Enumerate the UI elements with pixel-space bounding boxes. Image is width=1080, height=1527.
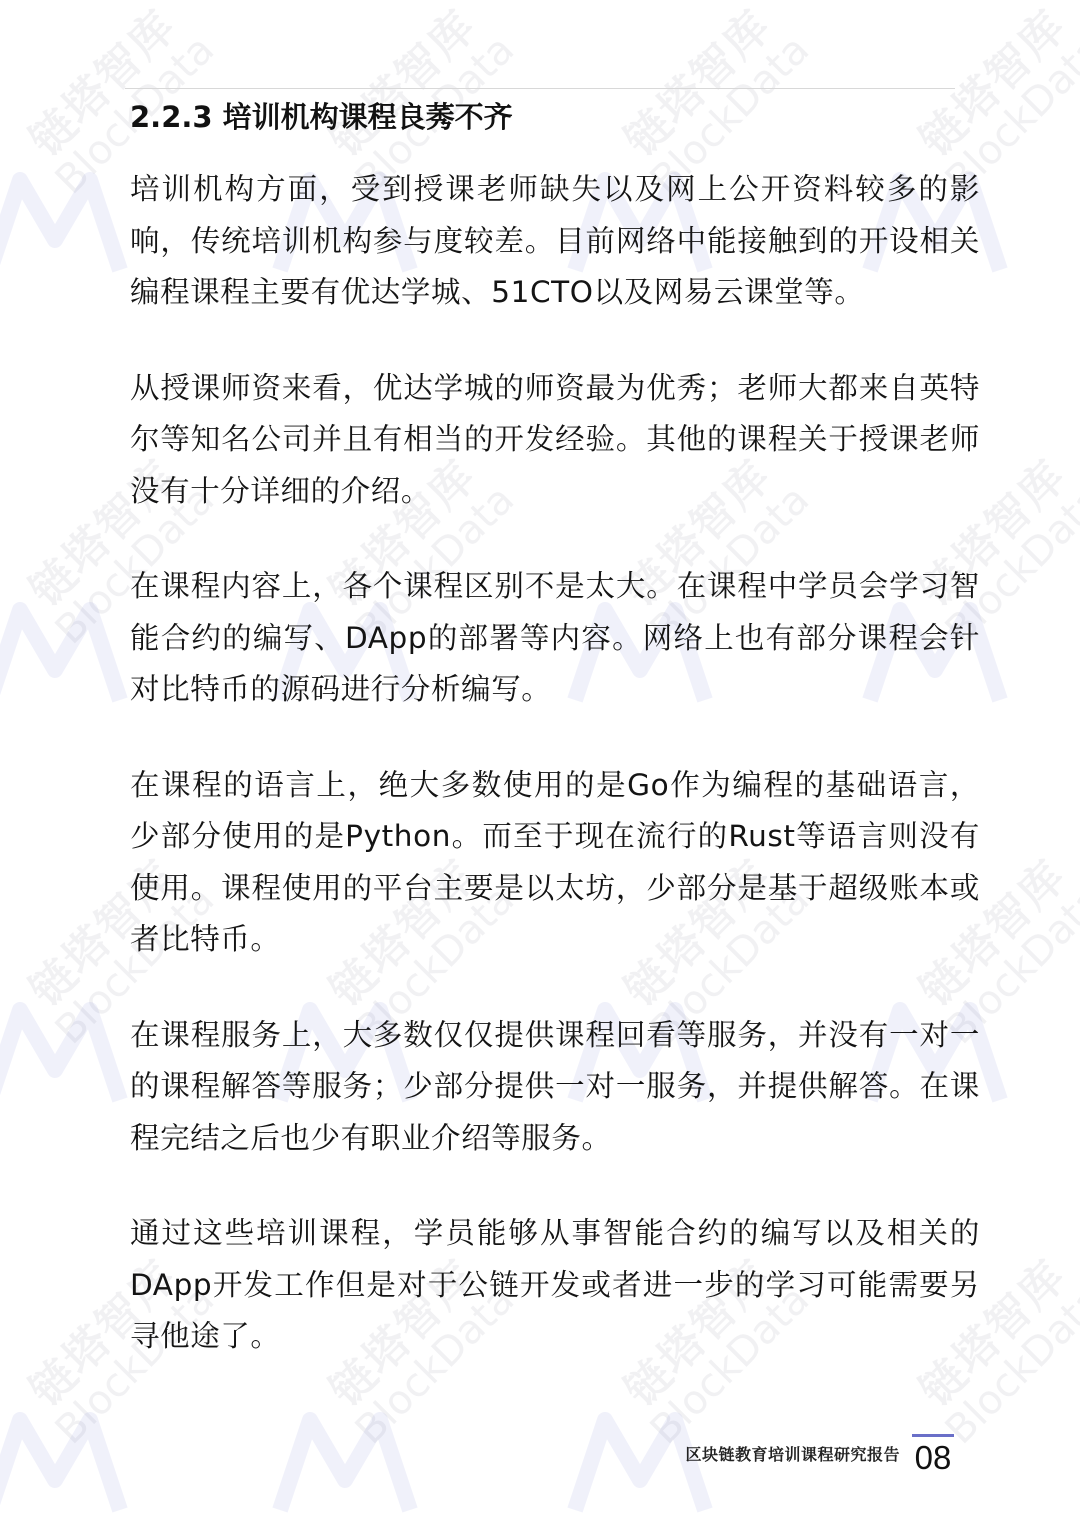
page-number: 08 (915, 1439, 952, 1476)
paragraph-training-institutions: 培训机构方面，受到授课老师缺失以及网上公开资料较多的影响，传统培训机构参与度较差… (130, 164, 980, 319)
paragraph-course-language: 在课程的语言上，绝大多数使用的是Go作为编程的基础语言，少部分使用的是Pytho… (130, 760, 980, 966)
header-divider (125, 88, 955, 89)
section-body: 培训机构方面，受到授课老师缺失以及网上公开资料较多的影响，传统培训机构参与度较差… (130, 164, 980, 1407)
page-footer: 区块链教育培训课程研究报告 08 (0, 1430, 1080, 1490)
page-number-block: 08 (910, 1434, 956, 1477)
paragraph-course-service: 在课程服务上，大多数仅仅提供课程回看等服务，并没有一对一的课程解答等服务；少部分… (130, 1010, 980, 1165)
page-number-accent-line (912, 1434, 954, 1437)
paragraph-teaching-staff: 从授课师资来看，优达学城的师资最为优秀；老师大都来自英特尔等知名公司并且有相当的… (130, 363, 980, 518)
paragraph-conclusion: 通过这些培训课程，学员能够从事智能合约的编写以及相关的DApp开发工作但是对于公… (130, 1208, 980, 1363)
report-title: 区块链教育培训课程研究报告 (685, 1442, 900, 1465)
section-title: 2.2.3 培训机构课程良莠不齐 (130, 96, 513, 138)
paragraph-course-content: 在课程内容上，各个课程区别不是太大。在课程中学员会学习智能合约的编写、DApp的… (130, 561, 980, 716)
document-page: 2.2.3 培训机构课程良莠不齐 培训机构方面，受到授课老师缺失以及网上公开资料… (0, 0, 1080, 1527)
